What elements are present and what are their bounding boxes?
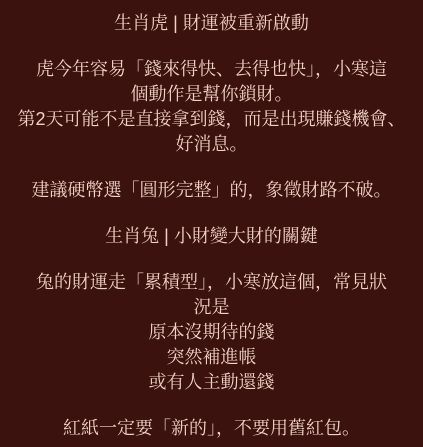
paragraph-line: 個動作是幫你鎖財。 (0, 82, 423, 107)
tip-line: 建議硬幣選「圓形完整」的，象徵財路不破。 (0, 178, 423, 203)
section-heading-text: 生肖虎 | 財運被重新啟動 (0, 11, 423, 36)
paragraph-line: 兔的財運走「累積型」，小寒放這個，常見狀 (0, 270, 423, 295)
paragraph-line: 原本沒期待的錢 (0, 320, 423, 345)
tiger-paragraph: 虎今年容易「錢來得快、去得也快」，小寒這 個動作是幫你鎖財。 第2天可能不是直接… (0, 57, 423, 157)
section-heading-rabbit: 生肖兔 | 小財變大財的關鍵 (0, 224, 423, 249)
tiger-tip: 建議硬幣選「圓形完整」的，象徵財路不破。 (0, 178, 423, 203)
section-heading-text: 生肖兔 | 小財變大財的關鍵 (0, 224, 423, 249)
paragraph-line: 或有人主動還錢 (0, 370, 423, 395)
paragraph-line: 突然補進帳 (0, 345, 423, 370)
rabbit-tip: 紅紙一定要「新的」，不要用舊紅包。 (0, 416, 423, 441)
rabbit-paragraph: 兔的財運走「累積型」，小寒放這個，常見狀 況是 原本沒期待的錢 突然補進帳 或有… (0, 270, 423, 395)
section-heading-tiger: 生肖虎 | 財運被重新啟動 (0, 11, 423, 36)
paragraph-line: 第2天可能不是直接拿到錢，而是出現賺錢機會、 (0, 107, 423, 132)
paragraph-line: 況是 (0, 295, 423, 320)
article-page: 生肖虎 | 財運被重新啟動 虎今年容易「錢來得快、去得也快」，小寒這 個動作是幫… (0, 0, 423, 447)
paragraph-line: 好消息。 (0, 132, 423, 157)
tip-line: 紅紙一定要「新的」，不要用舊紅包。 (0, 416, 423, 441)
paragraph-line: 虎今年容易「錢來得快、去得也快」，小寒這 (0, 57, 423, 82)
